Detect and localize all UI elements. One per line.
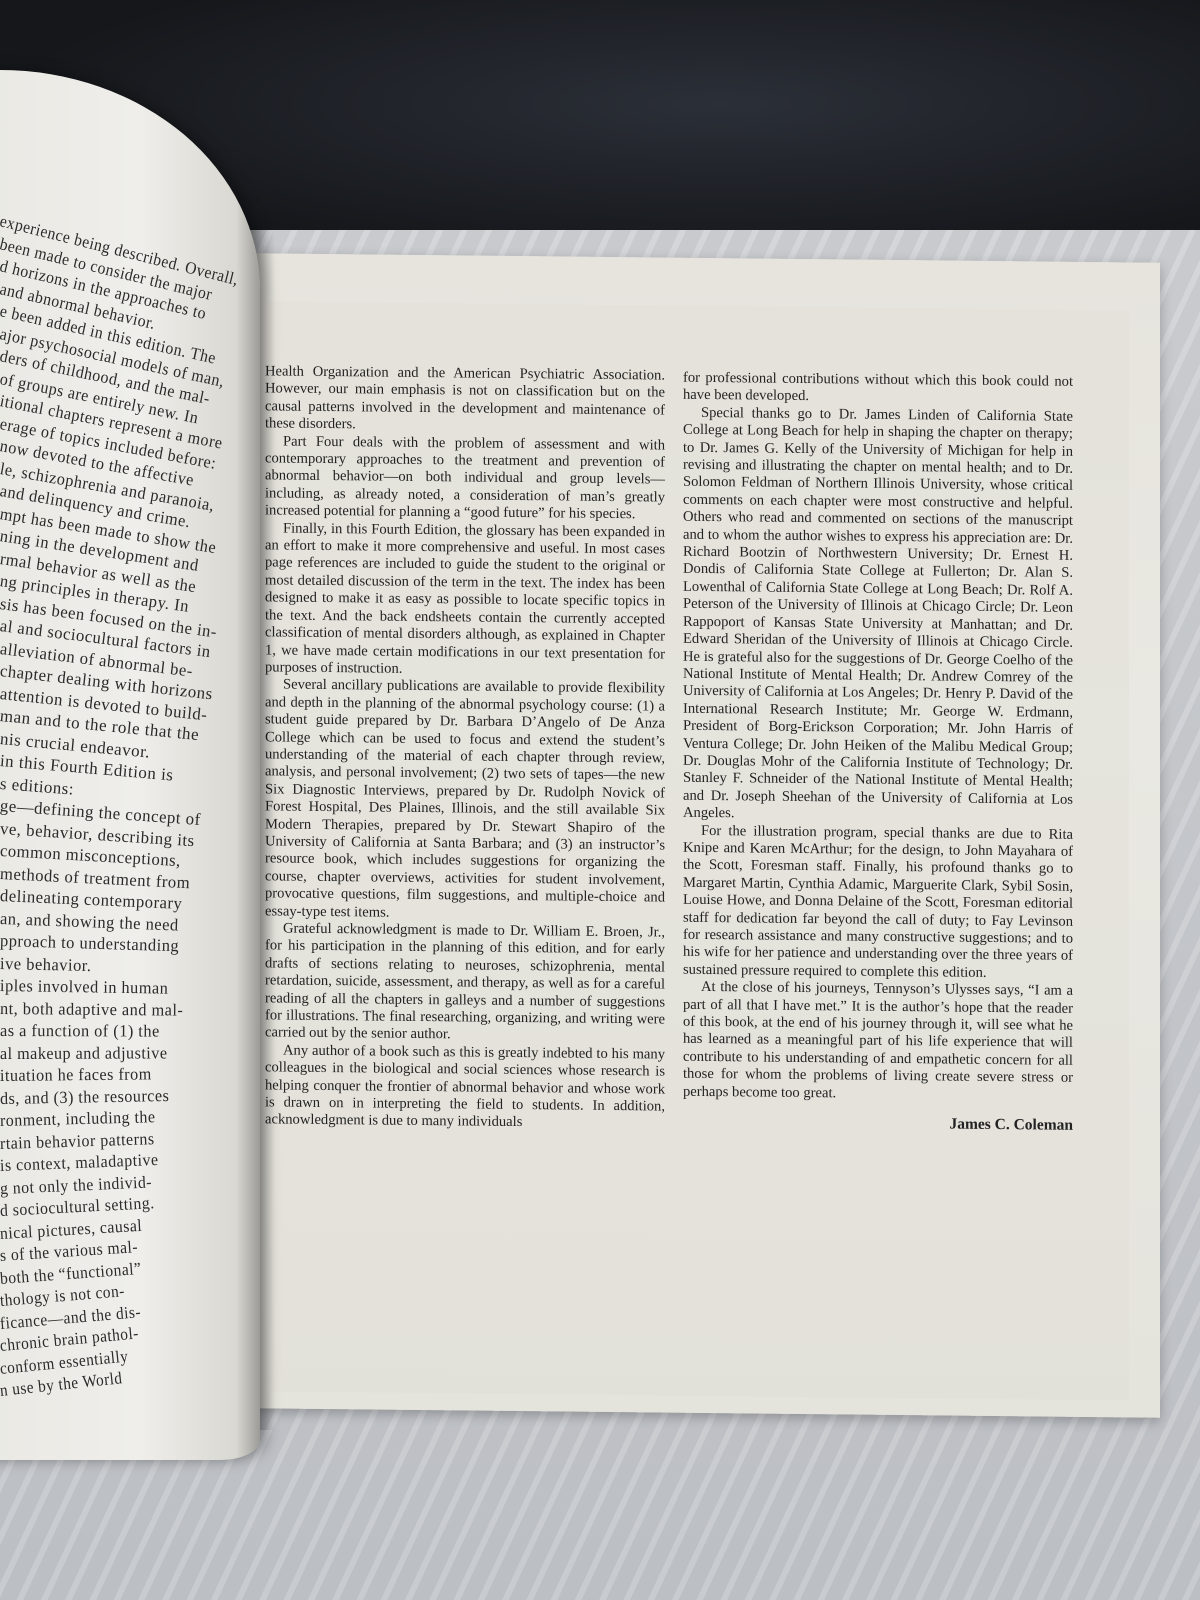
- left-page-line: as a function of (1) the: [0, 1020, 240, 1043]
- paragraph: for professional contributions without w…: [683, 370, 1073, 409]
- left-page-curved: experience being described. Overall,been…: [0, 70, 260, 1460]
- paragraph: At the close of his journeys, Tennyson’s…: [683, 979, 1073, 1105]
- paragraph: For the illustration program, special th…: [683, 822, 1073, 983]
- paragraph: Any author of a book such as this is gre…: [265, 1042, 665, 1133]
- paragraph: Several ancillary publications are avail…: [265, 677, 665, 925]
- left-page-line: nt, both adaptive and mal-: [0, 998, 240, 1023]
- left-page-line: al makeup and adjustive: [0, 1042, 238, 1065]
- text-column-right: for professional contributions without w…: [683, 370, 1073, 1135]
- paragraph: Part Four deals with the problem of asse…: [265, 433, 665, 524]
- text-column-left: Health Organization and the American Psy…: [265, 363, 665, 1133]
- paragraph: Grateful acknowledgment is made to Dr. W…: [265, 920, 665, 1046]
- right-page: Health Organization and the American Psy…: [255, 253, 1160, 1417]
- paragraph: Finally, in this Fourth Edition, the glo…: [265, 520, 665, 681]
- paragraph: Health Organization and the American Psy…: [265, 363, 665, 437]
- left-page-text: experience being described. Overall,been…: [0, 210, 250, 1403]
- paragraph: Special thanks go to Dr. James Linden of…: [683, 405, 1073, 827]
